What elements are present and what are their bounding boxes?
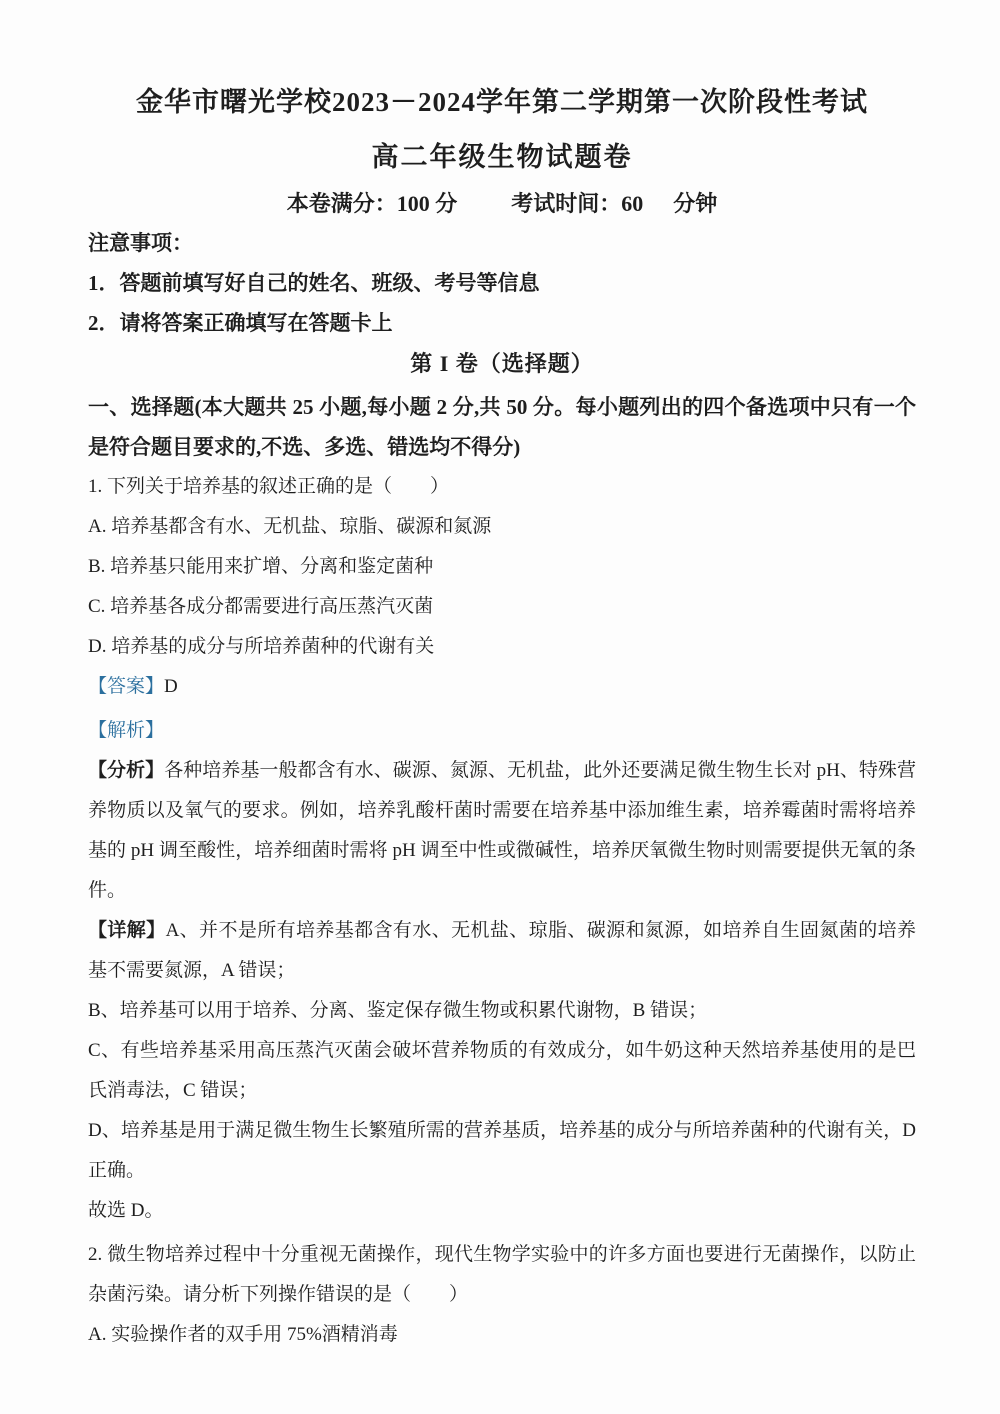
analysis-label: 【解析】	[88, 720, 164, 741]
question-2-stem: 2. 微生物培养过程中十分重视无菌操作，现代生物学实验中的许多方面也要进行无菌操…	[88, 1235, 916, 1315]
answer-value: D	[164, 676, 178, 697]
exam-full-score: 本卷满分：100 分	[287, 189, 458, 219]
section-intro: 一、选择题(本大题共 25 小题,每小题 2 分,共 50 分。每小题列出的四个…	[88, 387, 916, 467]
analysis-paragraph: 【分析】各种培养基一般都含有水、碳源、氮源、无机盐，此外还要满足微生物生长对 p…	[88, 751, 916, 911]
exam-time-unit: 分钟	[673, 189, 717, 219]
question-1-option-d: D. 培养基的成分与所培养菌种的代谢有关	[88, 627, 916, 667]
notice-item-1: 1．答题前填写好自己的姓名、班级、考号等信息	[88, 269, 916, 297]
exam-subtitle: 高二年级生物试题卷	[88, 139, 916, 175]
exam-paper-page: 金华市曙光学校2023－2024学年第二学期第一次阶段性考试 高二年级生物试题卷…	[0, 0, 1000, 1414]
analysis-label-line: 【解析】	[88, 711, 916, 751]
notice-item-2: 2．请将答案正确填写在答题卡上	[88, 309, 916, 337]
detail-text-a: A、并不是所有培养基都含有水、无机盐、琼脂、碳源和氮源，如培养自生固氮菌的培养基…	[88, 920, 916, 981]
analysis-fenxi-text: 各种培养基一般都含有水、碳源、氮源、无机盐，此外还要满足微生物生长对 pH、特殊…	[88, 760, 916, 901]
question-2-option-a: A. 实验操作者的双手用 75%酒精消毒	[88, 1315, 916, 1355]
detail-paragraph-c: C、有些培养基采用高压蒸汽灭菌会破坏营养物质的有效成分，如牛奶这种天然培养基使用…	[88, 1031, 916, 1111]
part-heading: 第 I 卷（选择题）	[88, 349, 916, 379]
exam-info-line: 本卷满分：100 分 考试时间：60 分钟	[88, 189, 916, 219]
detail-paragraph-b: B、培养基可以用于培养、分离、鉴定保存微生物或积累代谢物，B 错误；	[88, 991, 916, 1031]
analysis-fenxi-label: 【分析】	[88, 760, 164, 781]
conclusion-line: 故选 D。	[88, 1191, 916, 1231]
question-1-option-a: A. 培养基都含有水、无机盐、琼脂、碳源和氮源	[88, 507, 916, 547]
exam-title: 金华市曙光学校2023－2024学年第二学期第一次阶段性考试	[88, 84, 916, 120]
exam-time: 考试时间：60	[511, 189, 643, 219]
question-1-option-c: C. 培养基各成分都需要进行高压蒸汽灭菌	[88, 587, 916, 627]
answer-line: 【答案】D	[88, 667, 916, 707]
answer-label: 【答案】	[88, 676, 164, 697]
detail-xiangjie-label: 【详解】	[88, 920, 166, 941]
question-1-stem: 1. 下列关于培养基的叙述正确的是（ ）	[88, 467, 916, 507]
detail-paragraph-a: 【详解】A、并不是所有培养基都含有水、无机盐、琼脂、碳源和氮源，如培养自生固氮菌…	[88, 911, 916, 991]
question-1-option-b: B. 培养基只能用来扩增、分离和鉴定菌种	[88, 547, 916, 587]
detail-paragraph-d: D、培养基是用于满足微生物生长繁殖所需的营养基质，培养基的成分与所培养菌种的代谢…	[88, 1111, 916, 1191]
notice-heading: 注意事项：	[88, 229, 916, 257]
